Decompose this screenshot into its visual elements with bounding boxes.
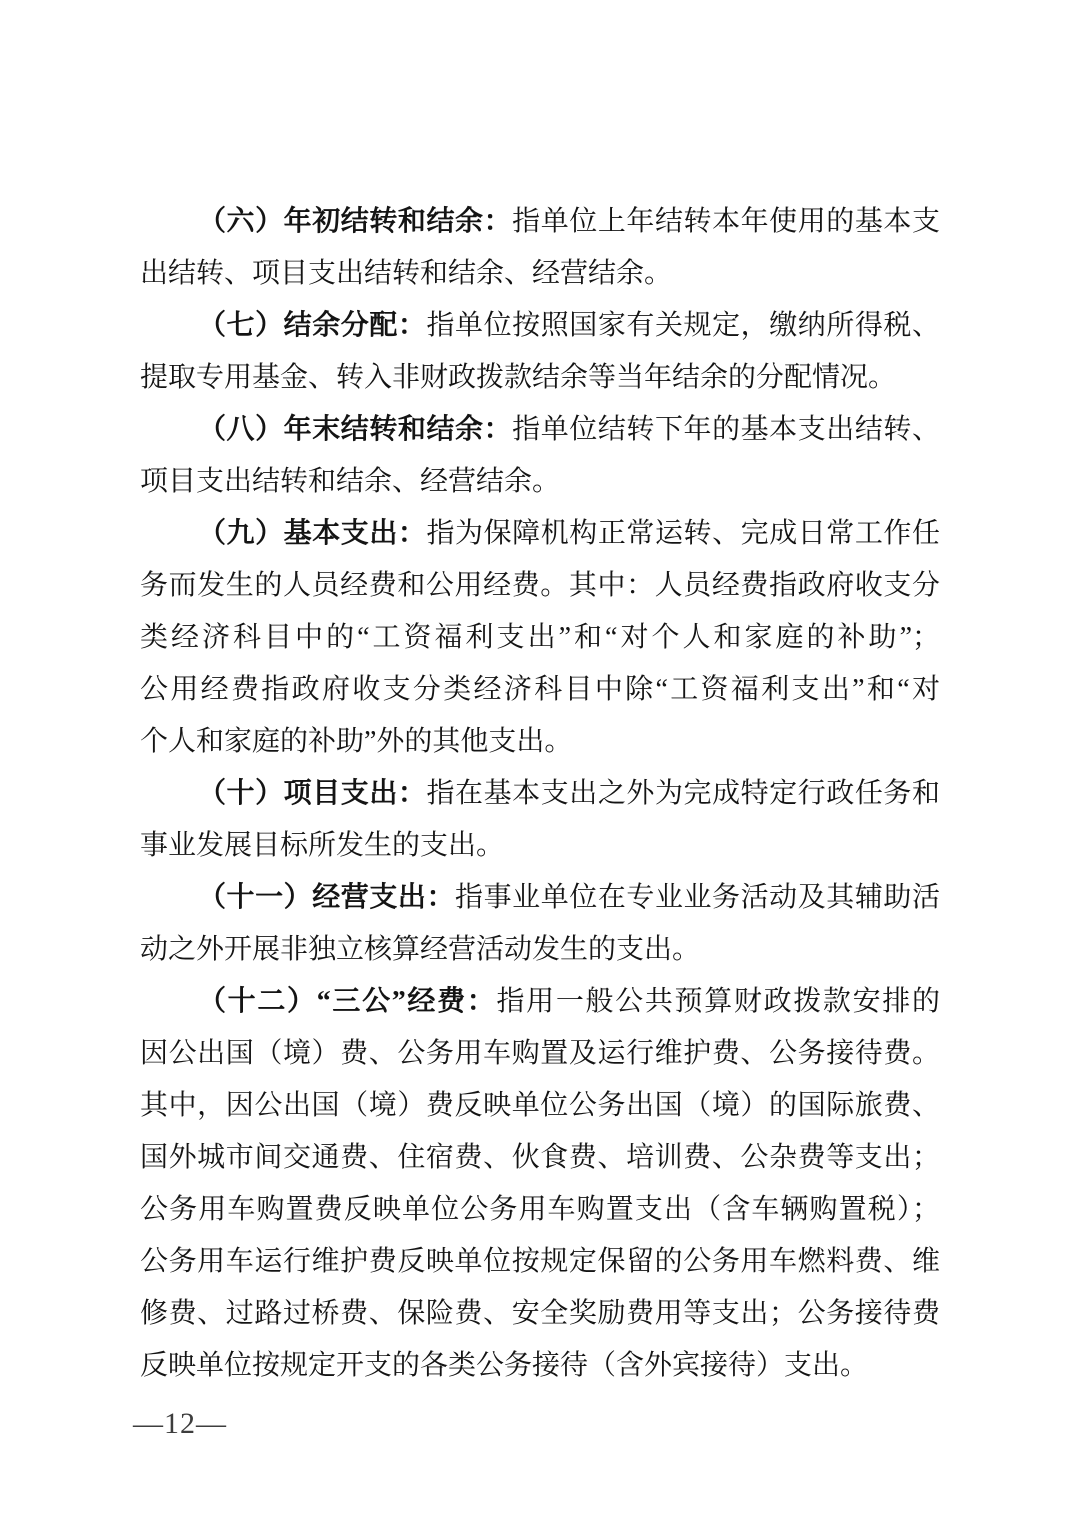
text-line: 反映单位按规定开支的各类公务接待（含外宾接待）支出。 bbox=[140, 1340, 940, 1392]
text-line: 因公出国（境）费、公务用车购置及运行维护费、公务接待费。 bbox=[140, 1028, 940, 1080]
text-line: （十）项目支出：指在基本支出之外为完成特定行政任务和 bbox=[140, 768, 940, 820]
term-definition: 反映单位按规定开支的各类公务接待（含外宾接待）支出。 bbox=[140, 1350, 868, 1381]
text-line: 动之外开展非独立核算经营活动发生的支出。 bbox=[140, 924, 940, 976]
text-line: 国外城市间交通费、住宿费、伙食费、培训费、公杂费等支出； bbox=[140, 1132, 940, 1184]
text-line: 出结转、项目支出结转和结余、经营结余。 bbox=[140, 248, 940, 300]
term-definition: 务而发生的人员经费和公用经费。其中：人员经费指政府收支分 bbox=[140, 570, 940, 601]
term-definition: 公务用车运行维护费反映单位按规定保留的公务用车燃料费、维 bbox=[140, 1246, 940, 1277]
term-label: （八）年末结转和结余： bbox=[198, 414, 512, 445]
text-line: 提取专用基金、转入非财政拨款结余等当年结余的分配情况。 bbox=[140, 352, 940, 404]
term-label: （十）项目支出： bbox=[198, 778, 426, 809]
document-page: （六）年初结转和结余：指单位上年结转本年使用的基本支出结转、项目支出结转和结余、… bbox=[0, 0, 1075, 1520]
term-definition: 个人和家庭的补助”外的其他支出。 bbox=[140, 726, 572, 757]
term-label: （十一）经营支出： bbox=[198, 882, 455, 913]
text-line: 公务用车购置费反映单位公务用车购置支出（含车辆购置税）； bbox=[140, 1184, 940, 1236]
text-line: 公务用车运行维护费反映单位按规定保留的公务用车燃料费、维 bbox=[140, 1236, 940, 1288]
text-line: 类经济科目中的“工资福利支出”和“对个人和家庭的补助”； bbox=[140, 612, 940, 664]
text-line: 修费、过路过桥费、保险费、安全奖励费用等支出；公务接待费 bbox=[140, 1288, 940, 1340]
term-definition: 指用一般公共预算财政拨款安排的 bbox=[496, 986, 940, 1017]
term-definition: 其中，因公出国（境）费反映单位公务出国（境）的国际旅费、 bbox=[140, 1090, 940, 1121]
term-definition: 公务用车购置费反映单位公务用车购置支出（含车辆购置税）； bbox=[140, 1194, 940, 1225]
paragraph-6: （十一）经营支出：指事业单位在专业业务活动及其辅助活动之外开展非独立核算经营活动… bbox=[140, 872, 940, 976]
term-definition: 国外城市间交通费、住宿费、伙食费、培训费、公杂费等支出； bbox=[140, 1142, 940, 1173]
text-line: 其中，因公出国（境）费反映单位公务出国（境）的国际旅费、 bbox=[140, 1080, 940, 1132]
text-line: （十二）“三公”经费：指用一般公共预算财政拨款安排的 bbox=[140, 976, 940, 1028]
text-line: （九）基本支出：指为保障机构正常运转、完成日常工作任 bbox=[140, 508, 940, 560]
term-definition: 因公出国（境）费、公务用车购置及运行维护费、公务接待费。 bbox=[140, 1038, 940, 1069]
term-label: （十二）“三公”经费： bbox=[198, 986, 496, 1017]
text-line: （六）年初结转和结余：指单位上年结转本年使用的基本支 bbox=[140, 196, 940, 248]
term-definition: 类经济科目中的“工资福利支出”和“对个人和家庭的补助”； bbox=[140, 622, 940, 653]
term-definition: 项目支出结转和结余、经营结余。 bbox=[140, 466, 560, 497]
term-label: （九）基本支出： bbox=[198, 518, 426, 549]
paragraph-4: （九）基本支出：指为保障机构正常运转、完成日常工作任务而发生的人员经费和公用经费… bbox=[140, 508, 940, 768]
text-line: 项目支出结转和结余、经营结余。 bbox=[140, 456, 940, 508]
paragraph-1: （六）年初结转和结余：指单位上年结转本年使用的基本支出结转、项目支出结转和结余、… bbox=[140, 196, 940, 300]
term-definition: 提取专用基金、转入非财政拨款结余等当年结余的分配情况。 bbox=[140, 362, 896, 393]
term-definition: 指单位结转下年的基本支出结转、 bbox=[512, 414, 940, 445]
paragraph-2: （七）结余分配：指单位按照国家有关规定，缴纳所得税、提取专用基金、转入非财政拨款… bbox=[140, 300, 940, 404]
page-number: —12— bbox=[133, 1406, 227, 1442]
term-definition: 指事业单位在专业业务活动及其辅助活 bbox=[455, 882, 940, 913]
term-definition: 指为保障机构正常运转、完成日常工作任 bbox=[426, 518, 940, 549]
text-line: 事业发展目标所发生的支出。 bbox=[140, 820, 940, 872]
paragraph-5: （十）项目支出：指在基本支出之外为完成特定行政任务和事业发展目标所发生的支出。 bbox=[140, 768, 940, 872]
text-line: （十一）经营支出：指事业单位在专业业务活动及其辅助活 bbox=[140, 872, 940, 924]
term-definition: 事业发展目标所发生的支出。 bbox=[140, 830, 504, 861]
paragraph-3: （八）年末结转和结余：指单位结转下年的基本支出结转、项目支出结转和结余、经营结余… bbox=[140, 404, 940, 508]
text-line: 务而发生的人员经费和公用经费。其中：人员经费指政府收支分 bbox=[140, 560, 940, 612]
text-line: （七）结余分配：指单位按照国家有关规定，缴纳所得税、 bbox=[140, 300, 940, 352]
term-label: （六）年初结转和结余： bbox=[198, 206, 512, 237]
term-definition: 动之外开展非独立核算经营活动发生的支出。 bbox=[140, 934, 700, 965]
text-line: （八）年末结转和结余：指单位结转下年的基本支出结转、 bbox=[140, 404, 940, 456]
term-label: （七）结余分配： bbox=[198, 310, 426, 341]
document-body: （六）年初结转和结余：指单位上年结转本年使用的基本支出结转、项目支出结转和结余、… bbox=[140, 196, 940, 1392]
term-definition: 修费、过路过桥费、保险费、安全奖励费用等支出；公务接待费 bbox=[140, 1298, 940, 1329]
paragraph-7: （十二）“三公”经费：指用一般公共预算财政拨款安排的因公出国（境）费、公务用车购… bbox=[140, 976, 940, 1392]
term-definition: 出结转、项目支出结转和结余、经营结余。 bbox=[140, 258, 672, 289]
term-definition: 指单位上年结转本年使用的基本支 bbox=[512, 206, 940, 237]
term-definition: 指单位按照国家有关规定，缴纳所得税、 bbox=[426, 310, 940, 341]
text-line: 个人和家庭的补助”外的其他支出。 bbox=[140, 716, 940, 768]
term-definition: 公用经费指政府收支分类经济科目中除“工资福利支出”和“对 bbox=[140, 674, 940, 705]
text-line: 公用经费指政府收支分类经济科目中除“工资福利支出”和“对 bbox=[140, 664, 940, 716]
term-definition: 指在基本支出之外为完成特定行政任务和 bbox=[426, 778, 940, 809]
